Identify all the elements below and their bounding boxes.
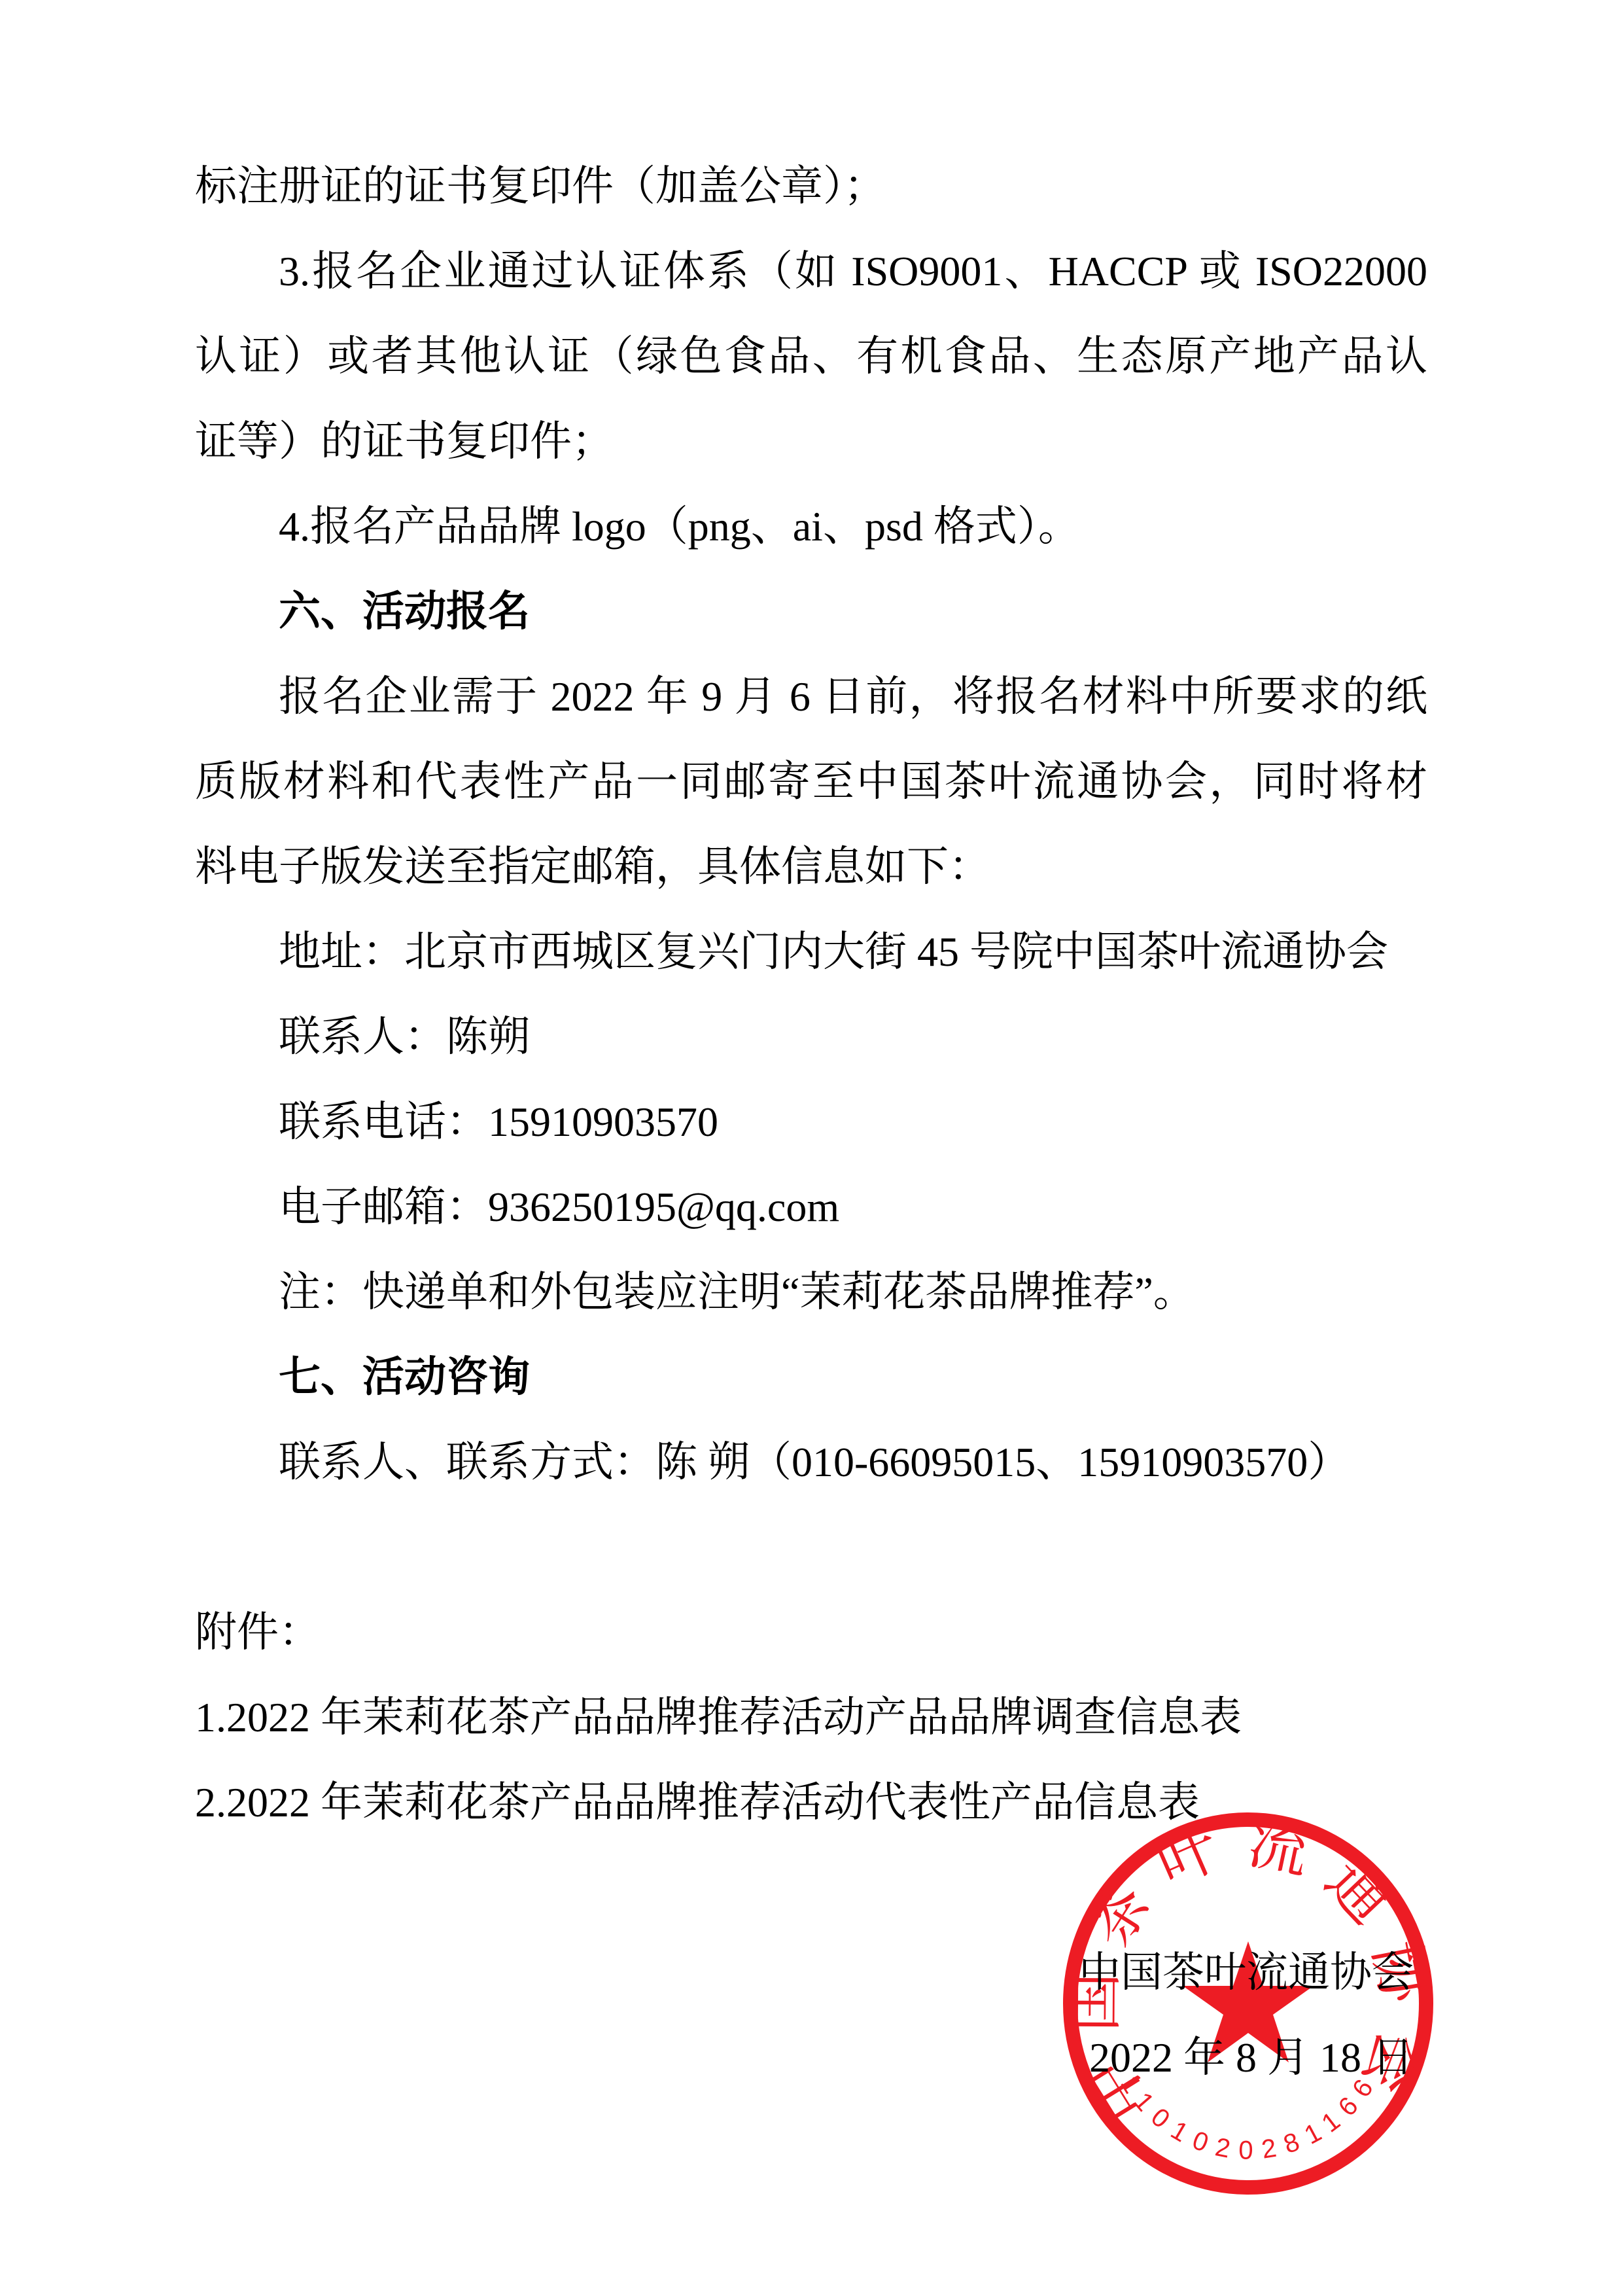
text-line: 注：快递单和外包装应注明“茉莉花茶品牌推荐”。 — [195, 1250, 1427, 1335]
signature-date: 2022 年 8 月 18 日 — [1079, 2015, 1414, 2100]
blank-line — [195, 1505, 1427, 1590]
attachment-item: 2.2022 年茉莉花茶产品品牌推荐活动代表性产品信息表 — [195, 1760, 1427, 1845]
document-body: 标注册证的证书复印件（加盖公章）； 3.报名企业通过认证体系（如 ISO9001… — [195, 144, 1427, 1845]
signature-block: 中国茶叶流通协会 2022 年 8 月 18 日 — [1079, 1930, 1414, 2100]
text-line: 认证）或者其他认证（绿色食品、有机食品、生态原产地产品认 — [195, 314, 1427, 399]
section-heading: 七、活动咨询 — [195, 1335, 1427, 1420]
text-line: 电子邮箱：936250195@qq.com — [195, 1165, 1427, 1250]
text-line: 联系人：陈朔 — [195, 995, 1427, 1080]
text-line: 报名企业需于 2022 年 9 月 6 日前，将报名材料中所要求的纸 — [195, 654, 1427, 739]
text-line: 3.报名企业通过认证体系（如 ISO9001、HACCP 或 ISO22000 — [195, 229, 1427, 314]
attachments-heading: 附件： — [195, 1590, 1427, 1675]
text-line: 联系电话：15910903570 — [195, 1080, 1427, 1165]
text-line: 质版材料和代表性产品一同邮寄至中国茶叶流通协会，同时将材 — [195, 739, 1427, 824]
attachment-item: 1.2022 年茉莉花茶产品品牌推荐活动产品品牌调查信息表 — [195, 1675, 1427, 1760]
text-line: 标注册证的证书复印件（加盖公章）； — [195, 144, 1427, 229]
text-line: 联系人、联系方式：陈 朔（010-66095015、15910903570） — [195, 1420, 1427, 1505]
document-page: 标注册证的证书复印件（加盖公章）； 3.报名企业通过认证体系（如 ISO9001… — [0, 0, 1623, 2296]
section-heading: 六、活动报名 — [195, 569, 1427, 654]
signature-org: 中国茶叶流通协会 — [1079, 1930, 1414, 2015]
text-line: 4.报名产品品牌 logo（png、ai、psd 格式）。 — [195, 484, 1427, 569]
text-line: 料电子版发送至指定邮箱，具体信息如下： — [195, 824, 1427, 910]
text-line: 地址：北京市西城区复兴门内大街 45 号院中国茶叶流通协会 — [195, 910, 1427, 995]
text-line: 证等）的证书复印件； — [195, 399, 1427, 484]
